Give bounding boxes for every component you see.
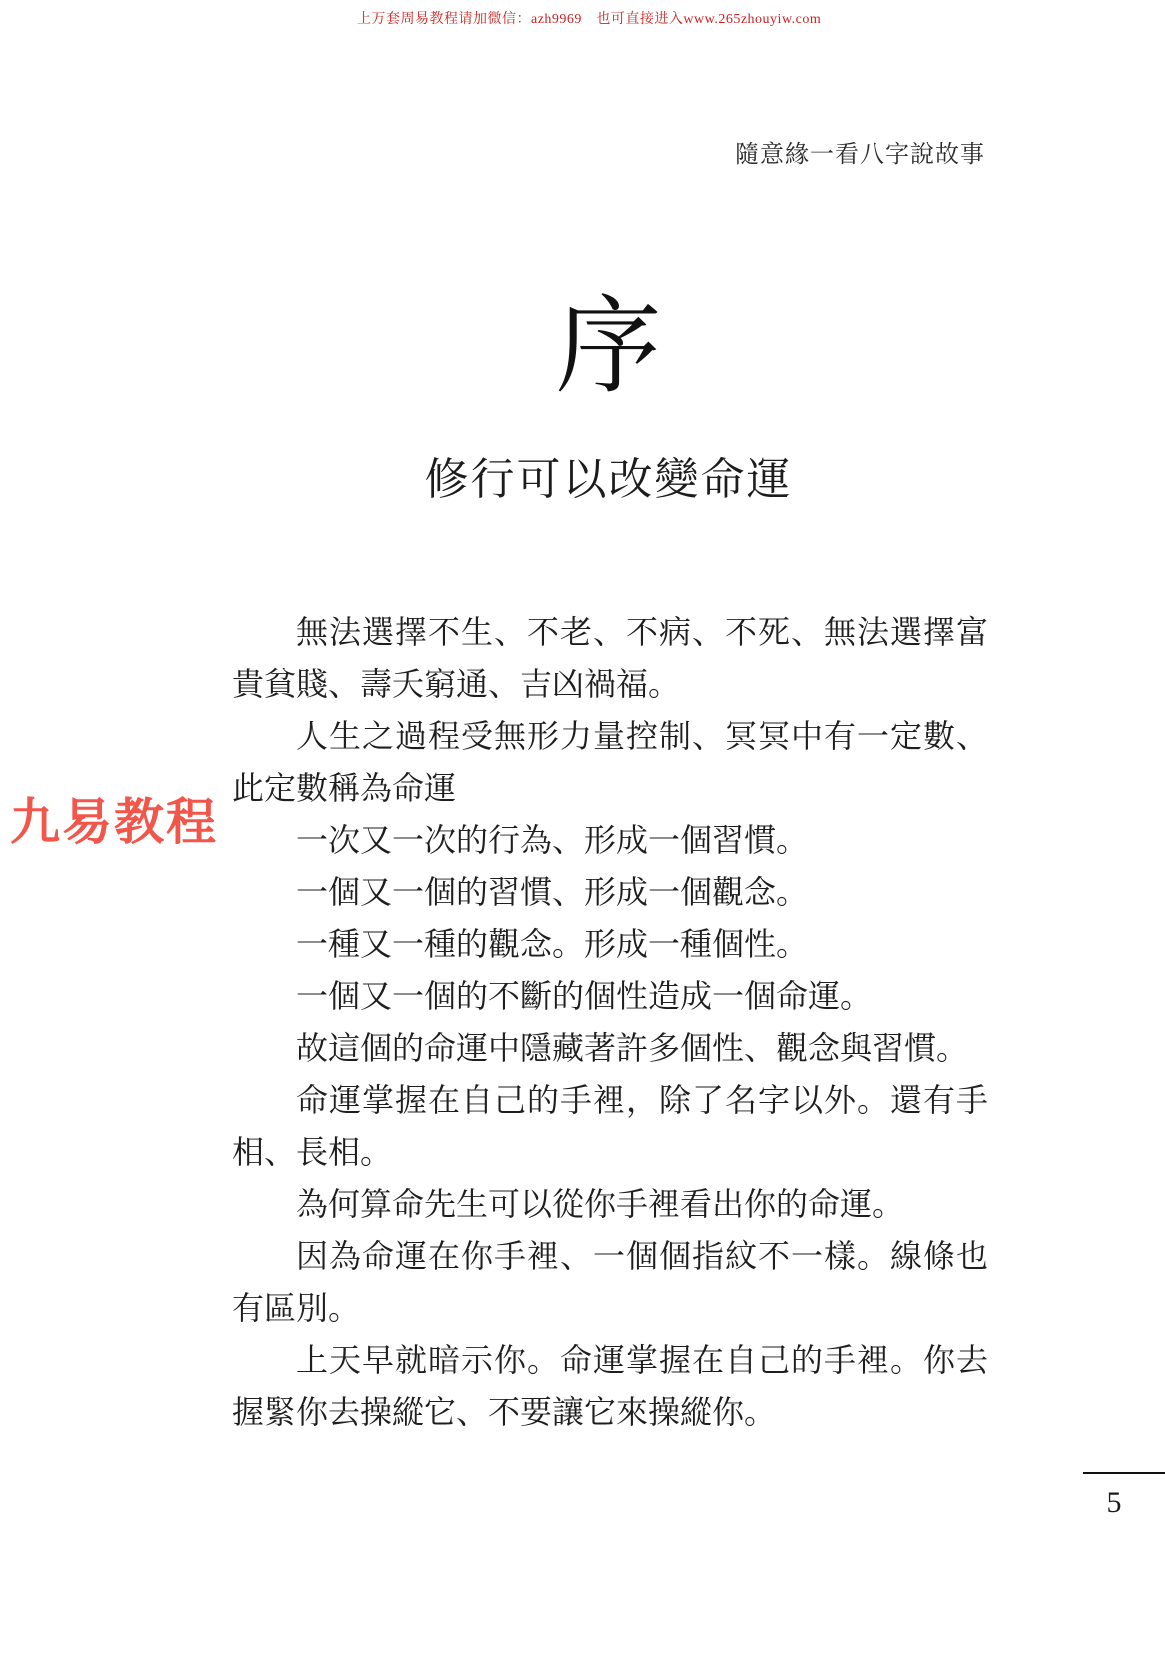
paragraph: 一種又一種的觀念。形成一種個性。 <box>232 918 988 970</box>
paragraph: 一個又一個的習慣、形成一個觀念。 <box>232 866 988 918</box>
paragraph: 故這個的命運中隱藏著許多個性、觀念與習慣。 <box>232 1022 988 1074</box>
paragraph: 命運掌握在自己的手裡，除了名字以外。還有手相、長相。 <box>232 1074 988 1178</box>
paragraph: 無法選擇不生、不老、不病、不死、無法選擇富貴貧賤、壽夭窮通、吉凶禍福。 <box>232 606 988 710</box>
paragraph: 因為命運在你手裡、一個個指紋不一樣。線條也有區別。 <box>232 1230 988 1334</box>
book-page: 上万套周易教程请加微信：azh9969 也可直接进入www.265zhouyiw… <box>0 0 1165 1653</box>
paragraph: 一個又一個的不斷的個性造成一個命運。 <box>232 970 988 1022</box>
page-number: 5 <box>1083 1486 1145 1520</box>
paragraph: 人生之過程受無形力量控制、冥冥中有一定數、此定數稱為命運 <box>232 710 988 814</box>
side-watermark-text: 九易教程 <box>10 782 218 854</box>
paragraph: 上天早就暗示你。命運掌握在自己的手裡。你去握緊你去操縱它、不要讓它來操縱你。 <box>232 1334 988 1438</box>
paragraph: 為何算命先生可以從你手裡看出你的命運。 <box>232 1178 988 1230</box>
top-watermark-text: 上万套周易教程请加微信：azh9969 也可直接进入www.265zhouyiw… <box>357 8 821 28</box>
footer-divider-line <box>1083 1472 1165 1474</box>
chapter-subtitle: 修行可以改變命運 <box>232 452 985 508</box>
body-text-block: 無法選擇不生、不老、不病、不死、無法選擇富貴貧賤、壽夭窮通、吉凶禍福。 人生之過… <box>232 606 988 1438</box>
running-header-title: 隨意緣一看八字說故事 <box>735 134 985 169</box>
paragraph: 一次又一次的行為、形成一個習慣。 <box>232 814 988 866</box>
chapter-title: 序 <box>232 288 985 408</box>
